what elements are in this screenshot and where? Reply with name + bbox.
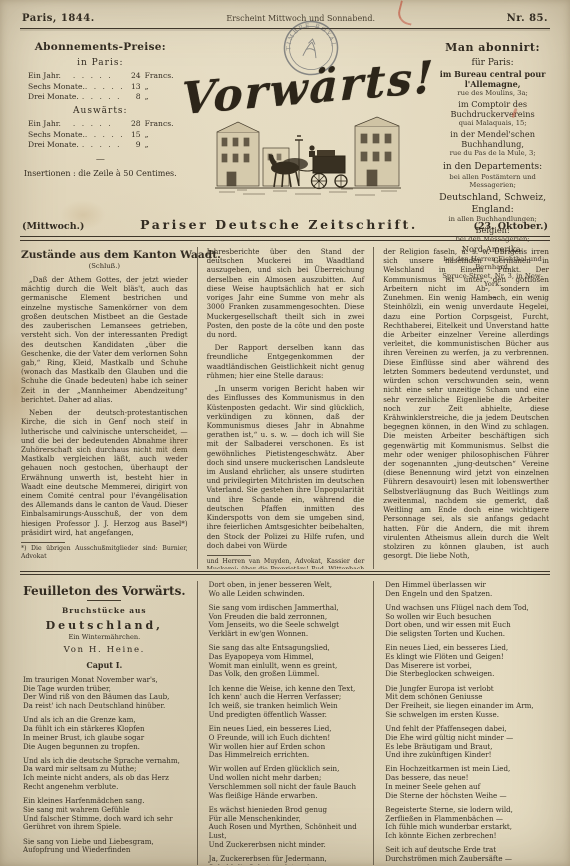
poem-stanza: Ich kenne die Weise, ich kenne den Text,… [209, 685, 365, 720]
poem-stanza: Begeisterte Sterne, sie lodern wild, Zer… [385, 806, 549, 841]
masthead-center: TIMBRE ROYAL Vorwärts! [181, 35, 436, 211]
abonnement-line: im Bureau central pour l'Allemagne, [435, 69, 550, 89]
price-value: 9 [125, 140, 141, 149]
price-label: Drei Monate. [28, 92, 79, 101]
abonnement-line: in der Mendel'schen Buchhandlung, [435, 129, 550, 150]
dot-leader: . . . . . [61, 71, 125, 80]
poem-stanza: Und fehlt der Pfaffensegen dabei, Die Eh… [385, 725, 549, 760]
footnote: und Herren van Muyden, Advokat, Kassier … [207, 558, 365, 569]
feuilleton-column-3: Den Himmel überlassen wir Den Engeln und… [373, 581, 550, 865]
price-value: 8 [125, 92, 141, 101]
article-paragraph: der Religion faseln, u. s. w. Übrigens i… [383, 247, 549, 560]
auswaerts-heading: Auswärts: [20, 106, 181, 116]
abonnement-line: im Comptoir des Buchdruckervereins [435, 99, 550, 120]
work-subtitle: Ein Wintermährchen. [21, 633, 188, 641]
buildings-group [217, 117, 399, 186]
price-unit: Francs. [141, 119, 181, 128]
masthead: Abonnements-Preise: in Paris: Ein Jahr. … [0, 29, 570, 211]
subscription-box: Abonnements-Preise: in Paris: Ein Jahr. … [20, 35, 181, 211]
poem-stanza: Seit ich auf deutsche Erde trat Durchstr… [385, 846, 549, 863]
abonnement-line: bei allen Postämtern und Messagerien; [435, 173, 550, 190]
article-title: Zustände aus dem Kanton Waadt. [21, 249, 188, 261]
ground-hatching [215, 188, 401, 195]
poem-stanza: Es wächst hienieden Brod genug Für alle … [209, 806, 365, 850]
abonnement-line: für Paris: [435, 58, 550, 69]
dot-leader: . . . . . [61, 119, 125, 128]
poem-stanza: Sie sang vom irdischen Jammerthal, Von F… [209, 604, 365, 639]
price-row: Drei Monate. . . . . . 8 „ [28, 92, 181, 101]
poem-stanza: Sie sang das alte Entsagungslied, Das Ey… [209, 644, 365, 679]
subscription-title: Abonnements-Preise: [20, 41, 181, 53]
poem-stanza: Wir wollen auf Erden glücklich sein, Und… [209, 765, 365, 800]
poem-stanza: Ein kleines Harfenmädchen sang. Sie sang… [23, 797, 188, 832]
price-unit: Francs. [141, 71, 181, 80]
dateline: Paris, 1844. [22, 13, 95, 24]
price-row: Ein Jahr. . . . . . 24 Francs. [28, 71, 181, 80]
poem-stanza: Ein neues Lied, ein besseres Lied, O Fre… [209, 725, 365, 760]
author-line: Von H. Heine. [21, 645, 188, 655]
feuilleton-rule [20, 571, 550, 575]
poem-stanza: Und wachsen uns Flügel nach dem Tod, So … [385, 604, 549, 639]
feuilleton-series: Bruchstücke aus [21, 606, 188, 615]
price-unit: „ [141, 130, 181, 139]
newspaper-page: Paris, 1844. Erscheint Mittwoch und Sonn… [0, 0, 570, 866]
issue-number: Nr. 85. [507, 13, 548, 24]
poem-stanza: Dort oben, in jener besseren Welt, Wo al… [209, 581, 365, 598]
article-paragraph: Jahresberichte über den Stand der deutsc… [207, 247, 365, 339]
price-value: 24 [125, 71, 141, 80]
article-column-3: der Religion faseln, u. s. w. Übrigens i… [373, 247, 550, 569]
price-row: Sechs Monate. . . . . . 13 „ [28, 82, 181, 91]
article-paragraph: „Daß der Athem Gottes, der jetzt wieder … [21, 275, 188, 404]
abonnement-title: Man abonnirt: [435, 41, 550, 54]
abonnement-box: Man abonnirt: für Paris: im Bureau centr… [435, 35, 550, 211]
abonnement-line: rue des Moulins, 3a; [435, 89, 550, 97]
price-row: Ein Jahr. . . . . . 28 Francs. [28, 119, 181, 128]
price-label: Drei Monate. [28, 140, 79, 149]
article-section: Zustände aus dem Kanton Waadt. (Schluß.)… [20, 247, 550, 569]
article-paragraph: Neben der deutsch-protestantischen Kirch… [21, 408, 188, 537]
work-title: Deutschland, [21, 619, 188, 632]
price-label: Ein Jahr. [28, 119, 61, 128]
article-column-2: Jahresberichte über den Stand der deutsc… [197, 247, 374, 569]
feuilleton-heading: Feuilleton des Vorwärts. [21, 584, 188, 598]
price-unit: „ [141, 82, 181, 91]
footnote: *) Die übrigen Ausschußmitglieder sind: … [21, 545, 188, 561]
chapter-heading: Caput I. [21, 660, 188, 670]
poem-stanza: Sie sang von Liebe und Liebesgram, Aufop… [23, 838, 188, 855]
band-weekday: (Mittwoch.) [22, 221, 84, 232]
poem-stanza: Ein Hochzeitkarmen ist mein Lied, Das be… [385, 765, 549, 800]
dot-leader: . . . . . [79, 92, 125, 101]
dot-leader: . . . . . [79, 140, 125, 149]
footnote-rule [21, 542, 65, 543]
abonnement-line: rue du Pas de la Mule, 3; [435, 149, 550, 157]
abonnement-line: bei den Messagerien; [435, 235, 550, 243]
feuilleton-column-1: Feuilleton des Vorwärts. Bruchstücke aus… [20, 581, 197, 865]
price-value: 13 [125, 82, 141, 91]
abonnement-line: quai Malaquais, 15; [435, 119, 550, 127]
price-unit: „ [141, 140, 181, 149]
feuilleton-column-2: Dort oben, in jener besseren Welt, Wo al… [197, 581, 374, 865]
price-label: Sechs Monate. [28, 130, 85, 139]
masthead-engraving [213, 112, 403, 198]
feuilleton-section: Feuilleton des Vorwärts. Bruchstücke aus… [20, 581, 550, 865]
ornament-rule [87, 600, 121, 601]
price-row: Sechs Monate. . . . . . 15 „ [28, 130, 181, 139]
article-paragraph: Der Rapport derselben kann das freundlic… [207, 343, 365, 380]
price-value: 28 [125, 119, 141, 128]
poem-stanza: Ein neues Lied, ein besseres Lied, Es kl… [385, 644, 549, 679]
price-label: Sechs Monate. [28, 82, 85, 91]
coach-group [309, 145, 347, 188]
poem-stanza: Den Himmel überlassen wir Den Engeln und… [385, 581, 549, 598]
poem-stanza: Ja, Zuckererbsen für Jedermann, Sobald d… [209, 855, 365, 865]
poem-stanza: Und als ich an die Grenze kam, Da fühlt … [23, 716, 188, 751]
poem-stanza: Die Jungfer Europa ist verlobt Mit dem s… [385, 685, 549, 720]
article-subtitle: (Schluß.) [21, 262, 188, 270]
poem-stanza: Und als ich die deutsche Sprache vernahm… [23, 757, 188, 792]
band-subtitle: Pariser Deutsche Zeitschrift. [140, 217, 418, 232]
footnote-rule [207, 555, 251, 556]
dot-leader: . . . . . [85, 130, 125, 139]
price-label: Ein Jahr. [28, 71, 61, 80]
abonnement-line: in den Departements: [435, 162, 550, 173]
abonnement-line: Deutschland, Schweiz, England: [435, 192, 550, 215]
poem-stanza: Im traurigen Monat November war's, Die T… [23, 676, 188, 711]
article-column-1: Zustände aus dem Kanton Waadt. (Schluß.)… [20, 247, 197, 569]
dot-leader: . . . . . [85, 82, 125, 91]
article-paragraph: „In unserm vorigen Bericht haben wir des… [207, 384, 365, 550]
paris-heading: in Paris: [20, 58, 181, 68]
price-row: Drei Monate. . . . . . 9 „ [28, 140, 181, 149]
price-value: 15 [125, 130, 141, 139]
band-date: (23. Oktober.) [473, 221, 548, 232]
section-divider: — [20, 155, 181, 165]
insertions-note: Insertionen : die Zeile à 50 Centimes. [20, 169, 181, 178]
price-unit: „ [141, 92, 181, 101]
